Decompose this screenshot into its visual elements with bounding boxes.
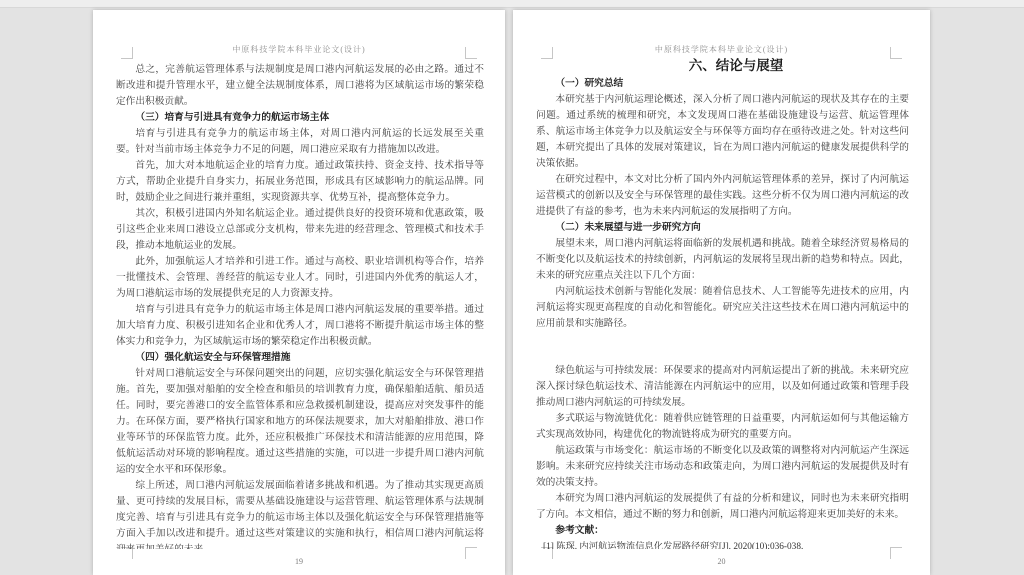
section-heading: （二）未来展望与进一步研究方向	[536, 220, 909, 236]
paragraph: 其次，积极引进国内外知名航运企业。通过提供良好的投资环境和优惠政策，吸引这些企业…	[116, 206, 484, 254]
section-heading: （一）研究总结	[536, 76, 909, 92]
reference-entry: [1] 陈琛. 内河航运物流信息化发展路径研究[J]. 2020(10):036…	[536, 539, 909, 549]
section-heading: （四）强化航运安全与环保管理措施	[116, 350, 484, 366]
paragraph: 绿色航运与可持续发展：环保要求的提高对内河航运提出了新的挑战。未来研究应深入探讨…	[536, 363, 909, 411]
paragraph: 首先，加大对本地航运企业的培育力度。通过政策扶持、资金支持、技术指导等方式，帮助…	[116, 158, 484, 206]
paragraph: 培育与引进具有竞争力的航运市场主体，对周口港内河航运的长远发展至关重要。针对当前…	[116, 126, 484, 158]
paragraph: 针对周口港航运安全与环保问题突出的问题，应切实强化航运安全与环保管理措施。首先，…	[116, 366, 484, 478]
page-number: 20	[513, 557, 930, 566]
running-header: 中原科技学院本科毕业论文(设计)	[513, 44, 930, 55]
page-number: 19	[93, 557, 505, 566]
margin-corner-mark	[121, 47, 133, 59]
paragraph: 培育与引进具有竞争力的航运市场主体是周口港内河航运发展的重要举措。通过加大培育力…	[116, 302, 484, 350]
document-page-19[interactable]: 中原科技学院本科毕业论文(设计) 总之，完善航运管理体系与法规制度是周口港内河航…	[93, 10, 505, 575]
running-header: 中原科技学院本科毕业论文(设计)	[93, 44, 505, 55]
document-page-20[interactable]: 中原科技学院本科毕业论文(设计) 六、结论与展望 （一）研究总结 本研究基于内河…	[513, 10, 930, 575]
chapter-title: 六、结论与展望	[536, 56, 909, 76]
paragraph: 综上所述，周口港内河航运发展面临着诸多挑战和机遇。为了推动其实现更高质量、更可持…	[116, 478, 484, 549]
viewport-top-edge	[0, 0, 1024, 8]
paragraph: 此外，加强航运人才培养和引进工作。通过与高校、职业培训机构等合作，培养一批懂技术…	[116, 254, 484, 302]
blank-line	[536, 332, 909, 363]
paragraph: 在研究过程中，本文对比分析了国内外内河航运管理体系的差异，探讨了内河航运运营模式…	[536, 172, 909, 220]
paragraph: 本研究基于内河航运理论概述，深入分析了周口港内河航运的现状及其存在的主要问题。通…	[536, 92, 909, 172]
margin-corner-mark	[465, 47, 477, 59]
paragraph: 航运政策与市场变化：航运市场的不断变化以及政策的调整将对内河航运产生深远影响。未…	[536, 443, 909, 491]
document-viewer: 中原科技学院本科毕业论文(设计) 总之，完善航运管理体系与法规制度是周口港内河航…	[0, 0, 1024, 575]
paragraph: 展望未来，周口港内河航运将面临新的发展机遇和挑战。随着全球经济贸易格局的不断变化…	[536, 236, 909, 284]
references-heading: 参考文献：	[536, 523, 909, 539]
paragraph: 总之，完善航运管理体系与法规制度是周口港内河航运发展的必由之路。通过不断改进和提…	[116, 62, 484, 110]
section-heading: （三）培育与引进具有竞争力的航运市场主体	[116, 110, 484, 126]
page-19-body: 总之，完善航运管理体系与法规制度是周口港内河航运发展的必由之路。通过不断改进和提…	[116, 62, 484, 549]
paragraph: 多式联运与物流链优化：随着供应链管理的日益重要，内河航运如何与其他运输方式实现高…	[536, 411, 909, 443]
paragraph: 本研究为周口港内河航运的发展提供了有益的分析和建议，同时也为未来研究指明了方向。…	[536, 491, 909, 523]
paragraph: 内河航运技术创新与智能化发展：随着信息技术、人工智能等先进技术的应用，内河航运将…	[536, 284, 909, 332]
page-20-body: 六、结论与展望 （一）研究总结 本研究基于内河航运理论概述，深入分析了周口港内河…	[536, 56, 909, 549]
